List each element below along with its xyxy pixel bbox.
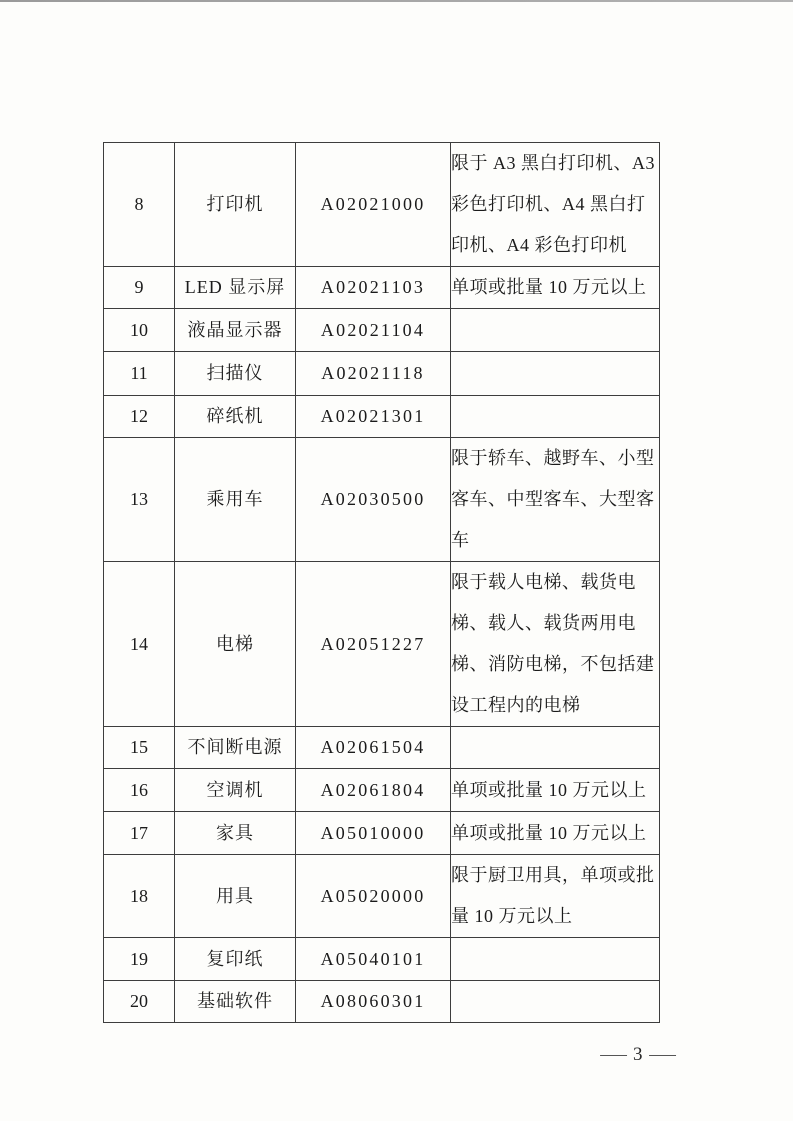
cell-row-number: 19 <box>104 938 175 981</box>
cell-item-code: A02021118 <box>296 352 451 396</box>
cell-row-number: 13 <box>104 438 175 562</box>
cell-item-name: 不间断电源 <box>175 727 296 769</box>
cell-remark: 限于载人电梯、载货电梯、载人、载货两用电梯、消防电梯，不包括建设工程内的电梯 <box>451 562 660 727</box>
cell-item-name: 碎纸机 <box>175 396 296 438</box>
cell-remark: 单项或批量 10 万元以上 <box>451 812 660 855</box>
scan-edge-artifact <box>0 0 793 2</box>
cell-row-number: 16 <box>104 769 175 812</box>
table-row: 9 LED 显示屏 A02021103 单项或批量 10 万元以上 <box>104 267 660 309</box>
cell-row-number: 10 <box>104 309 175 352</box>
scanned-document-page: 8 打印机 A02021000 限于 A3 黑白打印机、A3 彩色打印机、A4 … <box>0 0 793 1121</box>
cell-item-code: A02051227 <box>296 562 451 727</box>
cell-item-code: A08060301 <box>296 981 451 1023</box>
page-number-left-dash: — <box>600 1044 627 1066</box>
cell-item-code: A02061504 <box>296 727 451 769</box>
cell-row-number: 14 <box>104 562 175 727</box>
cell-item-name: 液晶显示器 <box>175 309 296 352</box>
cell-remark: 单项或批量 10 万元以上 <box>451 769 660 812</box>
cell-remark: 单项或批量 10 万元以上 <box>451 267 660 309</box>
table-row: 13 乘用车 A02030500 限于轿车、越野车、小型客车、中型客车、大型客车 <box>104 438 660 562</box>
cell-item-name: 家具 <box>175 812 296 855</box>
page-number: — 3 — <box>604 1044 672 1066</box>
cell-item-name: 用具 <box>175 855 296 938</box>
table-row: 12 碎纸机 A02021301 <box>104 396 660 438</box>
cell-row-number: 9 <box>104 267 175 309</box>
table-row: 10 液晶显示器 A02021104 <box>104 309 660 352</box>
cell-item-code: A02030500 <box>296 438 451 562</box>
cell-row-number: 15 <box>104 727 175 769</box>
table-row: 20 基础软件 A08060301 <box>104 981 660 1023</box>
cell-item-name: 乘用车 <box>175 438 296 562</box>
table-row: 14 电梯 A02051227 限于载人电梯、载货电梯、载人、载货两用电梯、消防… <box>104 562 660 727</box>
cell-item-code: A02061804 <box>296 769 451 812</box>
table-row: 19 复印纸 A05040101 <box>104 938 660 981</box>
cell-item-name: LED 显示屏 <box>175 267 296 309</box>
cell-item-code: A02021103 <box>296 267 451 309</box>
cell-remark: 限于厨卫用具，单项或批量 10 万元以上 <box>451 855 660 938</box>
cell-remark <box>451 727 660 769</box>
cell-item-name: 基础软件 <box>175 981 296 1023</box>
cell-item-name: 扫描仪 <box>175 352 296 396</box>
table-row: 17 家具 A05010000 单项或批量 10 万元以上 <box>104 812 660 855</box>
cell-remark <box>451 396 660 438</box>
cell-remark: 限于轿车、越野车、小型客车、中型客车、大型客车 <box>451 438 660 562</box>
cell-row-number: 17 <box>104 812 175 855</box>
cell-remark: 限于 A3 黑白打印机、A3 彩色打印机、A4 黑白打印机、A4 彩色打印机 <box>451 143 660 267</box>
cell-item-code: A05020000 <box>296 855 451 938</box>
cell-remark <box>451 981 660 1023</box>
cell-row-number: 18 <box>104 855 175 938</box>
cell-row-number: 11 <box>104 352 175 396</box>
cell-row-number: 8 <box>104 143 175 267</box>
cell-item-name: 电梯 <box>175 562 296 727</box>
cell-item-name: 空调机 <box>175 769 296 812</box>
cell-item-code: A05040101 <box>296 938 451 981</box>
page-number-right-dash: — <box>649 1044 676 1066</box>
cell-remark <box>451 309 660 352</box>
cell-row-number: 20 <box>104 981 175 1023</box>
cell-item-code: A02021301 <box>296 396 451 438</box>
cell-item-code: A05010000 <box>296 812 451 855</box>
cell-item-name: 打印机 <box>175 143 296 267</box>
table-row: 15 不间断电源 A02061504 <box>104 727 660 769</box>
cell-remark <box>451 938 660 981</box>
procurement-catalog-table: 8 打印机 A02021000 限于 A3 黑白打印机、A3 彩色打印机、A4 … <box>103 142 660 1023</box>
cell-item-code: A02021104 <box>296 309 451 352</box>
cell-remark <box>451 352 660 396</box>
table-row: 8 打印机 A02021000 限于 A3 黑白打印机、A3 彩色打印机、A4 … <box>104 143 660 267</box>
cell-item-name: 复印纸 <box>175 938 296 981</box>
page-number-value: 3 <box>633 1044 643 1066</box>
table-row: 11 扫描仪 A02021118 <box>104 352 660 396</box>
table-row: 16 空调机 A02061804 单项或批量 10 万元以上 <box>104 769 660 812</box>
table-row: 18 用具 A05020000 限于厨卫用具，单项或批量 10 万元以上 <box>104 855 660 938</box>
cell-row-number: 12 <box>104 396 175 438</box>
cell-item-code: A02021000 <box>296 143 451 267</box>
